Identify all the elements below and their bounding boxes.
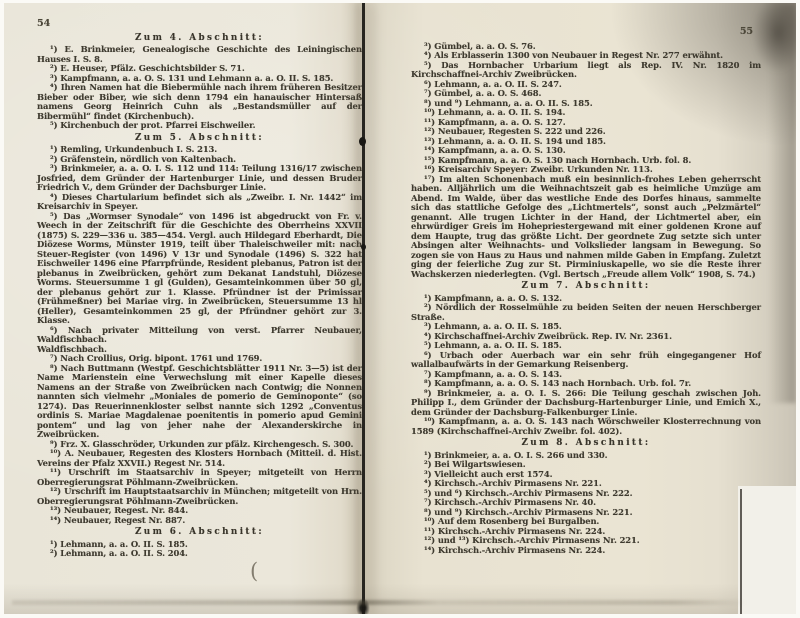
footnote-line: ⁸) Nach Buttmann (Westpf. Geschichtsblät… <box>37 364 362 440</box>
section-heading: Zum 7. Abschnitt: <box>411 282 761 292</box>
footnote-line: ¹¹) Urschrift im Staatsarchiv in Speyer;… <box>37 468 362 487</box>
corner-smudge <box>752 3 796 73</box>
page-content: Zum 4. Abschnitt:¹) E. Brinkmeier, Genea… <box>37 34 362 559</box>
footnote-line: ¹⁴) Kirchsch.-Archiv Pirmasens Nr. 224. <box>411 546 761 556</box>
book-scan: 54 Zum 4. Abschnitt:¹) E. Brinkmeier, Ge… <box>4 3 796 614</box>
footnote-line: ¹⁷) Im alten Schonenbach muß ein besinnl… <box>411 175 761 280</box>
ink-speck <box>359 137 366 146</box>
footnote-line: ⁹) Brinkmeier, a. a. O. I. S. 266: Die T… <box>411 389 761 418</box>
footnote-line: ²) Lehmann, a. a. O. II. S. 204. <box>37 549 362 559</box>
footnote-line: ¹) E. Brinkmeier, Genealogische Geschich… <box>37 45 362 64</box>
left-page: 54 Zum 4. Abschnitt:¹) E. Brinkmeier, Ge… <box>37 19 362 559</box>
page-corner-highlight <box>738 486 796 614</box>
page-number: 54 <box>37 19 362 29</box>
bottom-scan-shadow <box>12 600 747 605</box>
section-heading: Zum 8. Abschnitt: <box>411 439 761 449</box>
footnote-line: ⁴) Ihren Namen hat die Biebermühle nach … <box>37 83 362 121</box>
footnote-line: ¹⁴) Neubauer, Regest Nr. 887. <box>37 516 362 526</box>
footnote-line: ¹²) Urschrift im Hauptstaatsarchiv in Mü… <box>37 487 362 506</box>
footnote-line: ¹⁰) A. Neubauer, Regesten des Klosters H… <box>37 449 362 468</box>
footnote-line: ⁵) Kirchenbuch der prot. Pfarrei Eischwe… <box>37 121 362 131</box>
section-heading: Zum 5. Abschnitt: <box>37 134 362 144</box>
section-heading: Zum 4. Abschnitt: <box>37 34 362 44</box>
page-edge-line <box>740 489 742 614</box>
pencil-mark: ( <box>250 559 258 583</box>
footnote-line: ⁶) Nach privater Mitteilung von verst. P… <box>37 326 362 345</box>
section-heading: Zum 6. Abschnitt: <box>37 528 362 538</box>
page-content: ³) Gümbel, a. a. O. S. 76.⁴) Als Erblass… <box>411 42 761 556</box>
footnote-line: ³) Brinkmeier, a. a. O. I. S. 112 und 11… <box>37 164 362 193</box>
footnote-line: ²) Nördlich der Rosselmühle zu beiden Se… <box>411 303 761 322</box>
footnote-line: ⁵) Das Hornbacher Urbarium liegt als Rep… <box>411 61 761 80</box>
ink-speck <box>361 244 366 250</box>
footnote-line: ⁵) Das „Wormser Synodale“ von 1496 ist a… <box>37 212 362 326</box>
footnote-line: ⁶) Urbach oder Auerbach war ein sehr frü… <box>411 351 761 370</box>
footnote-line: ¹⁰) Kampfmann, a. a. O. S. 143 nach Wörs… <box>411 417 761 436</box>
gutter-fold-line <box>362 3 365 614</box>
page-number: 55 <box>411 27 761 37</box>
right-page: 55 ³) Gümbel, a. a. O. S. 76.⁴) Als Erbl… <box>411 27 761 555</box>
footnote-line: ⁴) Dieses Chartularium befindet sich als… <box>37 193 362 212</box>
